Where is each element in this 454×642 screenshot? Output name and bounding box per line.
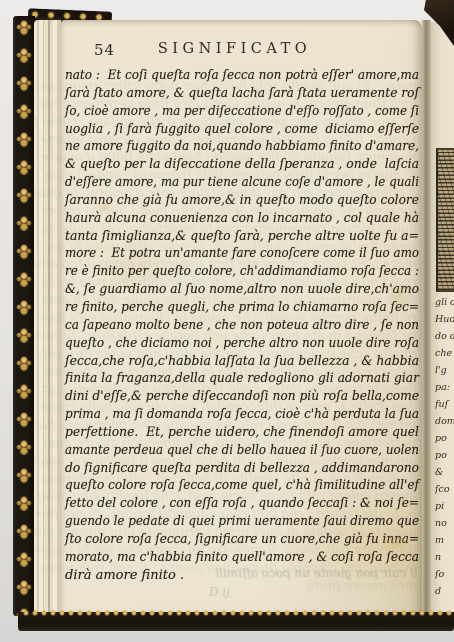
text-line: prima , ma ſi domanda roſa ſecca, cioè c… — [65, 403, 419, 421]
fragment-line: ſco — [435, 481, 454, 498]
fragment-line: po — [435, 447, 454, 464]
text-line: queſto colore roſa ſecca,come quel, c'hà… — [65, 474, 419, 492]
facing-page-sliver: gli dHuodo dchel'gpa:fuſdompopo&ſcopinom… — [431, 22, 454, 614]
text-line: ſarà ſtato amore, & queſta lacha ſarà ſt… — [65, 82, 419, 100]
paper-stain — [387, 280, 413, 310]
fragment-line: dom — [435, 413, 454, 430]
text-line: ſecca,che roſa,c'habbia laſſata la ſua b… — [65, 350, 419, 368]
gutter-fold-shadow — [422, 20, 431, 616]
paper-stain — [97, 200, 113, 214]
body-text: nato : Et coſi queſta roſa ſecca non pot… — [65, 64, 419, 581]
text-line: fetto del colore , con eſſa roſa , quand… — [65, 492, 419, 510]
fragment-line: gli d — [435, 294, 454, 311]
text-line: d'eſſere amore, ma pur tiene alcune coſe… — [65, 171, 419, 189]
facing-page-text-fragments: gli dHuodo dchel'gpa:fuſdompopo&ſcopinom… — [435, 294, 454, 600]
fragment-line: pa: — [435, 379, 454, 396]
text-line: tanta ſimiglianza,& queſto ſarà, perche … — [65, 225, 419, 243]
binding-bottom-edge-gilt — [18, 612, 454, 631]
fragment-line: do d — [435, 328, 454, 345]
main-page: nato : Et coſi queſta roſa ſecca non pot… — [61, 20, 422, 614]
fragment-line: fuſ — [435, 396, 454, 413]
fragment-line: Huo — [435, 311, 454, 328]
text-line: morato, ma c'habbia finito quell'amore ,… — [65, 546, 419, 564]
paper-stain — [379, 532, 413, 554]
book-spine-leather — [13, 16, 35, 616]
text-line: &, ſe guardiamo al ſuo nome,altro non uu… — [65, 278, 419, 296]
running-header: SIGNIFICATO — [61, 41, 408, 57]
text-line: haurà alcuna conuenienza con lo incarnat… — [65, 207, 419, 225]
text-line: nato : Et coſi queſta roſa ſecca non pot… — [65, 64, 419, 82]
text-line: amante perdeua quel che di bello hauea i… — [65, 439, 419, 457]
text-line: re finito, perche quegli, che prima lo c… — [65, 296, 419, 314]
text-line: queſto , che diciamo noi , perche altro … — [65, 332, 419, 350]
page-edge-stack — [34, 20, 61, 614]
woodcut-fragment — [436, 148, 454, 292]
text-line: guendo le pedate di quei primi ueramente… — [65, 510, 419, 528]
text-line: dini d'eſſe,& perche diſeccandoſi non pi… — [65, 385, 419, 403]
text-line: & queſto per la diſeccatione della ſpera… — [65, 153, 419, 171]
fragment-line: & — [435, 464, 454, 481]
fragment-line: pi — [435, 498, 454, 515]
text-line: perfettione. Et, perche uidero, che fine… — [65, 421, 419, 439]
fragment-line: d — [435, 583, 454, 600]
text-line: ſaranno che già fu amore,& in queſto mod… — [65, 189, 419, 207]
fragment-line: l'g — [435, 362, 454, 379]
photo-background: nato : Et coſi queſta roſa ſecca non pot… — [0, 0, 454, 642]
fragment-line: ſo — [435, 566, 454, 583]
fragment-line: po — [435, 430, 454, 447]
fragment-line: m — [435, 532, 454, 549]
text-line: more : Et potra un'amante fare conoſcere… — [65, 242, 419, 260]
text-line: finita la fraganza,della quale redoglion… — [65, 367, 419, 385]
text-line: do ſignificare queſta perdita di bellezz… — [65, 457, 419, 475]
fragment-line: n — [435, 549, 454, 566]
show-through-mirrored-line: ſeco il cuir pon giente un poco aſſimill — [147, 566, 447, 580]
text-line: ſto colore roſa ſecca, ſignificare un cu… — [65, 528, 419, 546]
text-line: uoglia , ſi farà fuggito quel colore , c… — [65, 118, 419, 136]
text-line: ca ſapeano molto bene , che non poteua a… — [65, 314, 419, 332]
text-line: ne amore fuggito da noi,quando habbiamo … — [65, 135, 419, 153]
text-line: ſo, cioè amore , ma per diſeccatione d'e… — [65, 100, 419, 118]
fragment-line: no — [435, 515, 454, 532]
text-line: re è finito per queſto colore, ch'addima… — [65, 260, 419, 278]
signature-mark-show-through: D ij — [209, 585, 230, 599]
fragment-line: che — [435, 345, 454, 362]
